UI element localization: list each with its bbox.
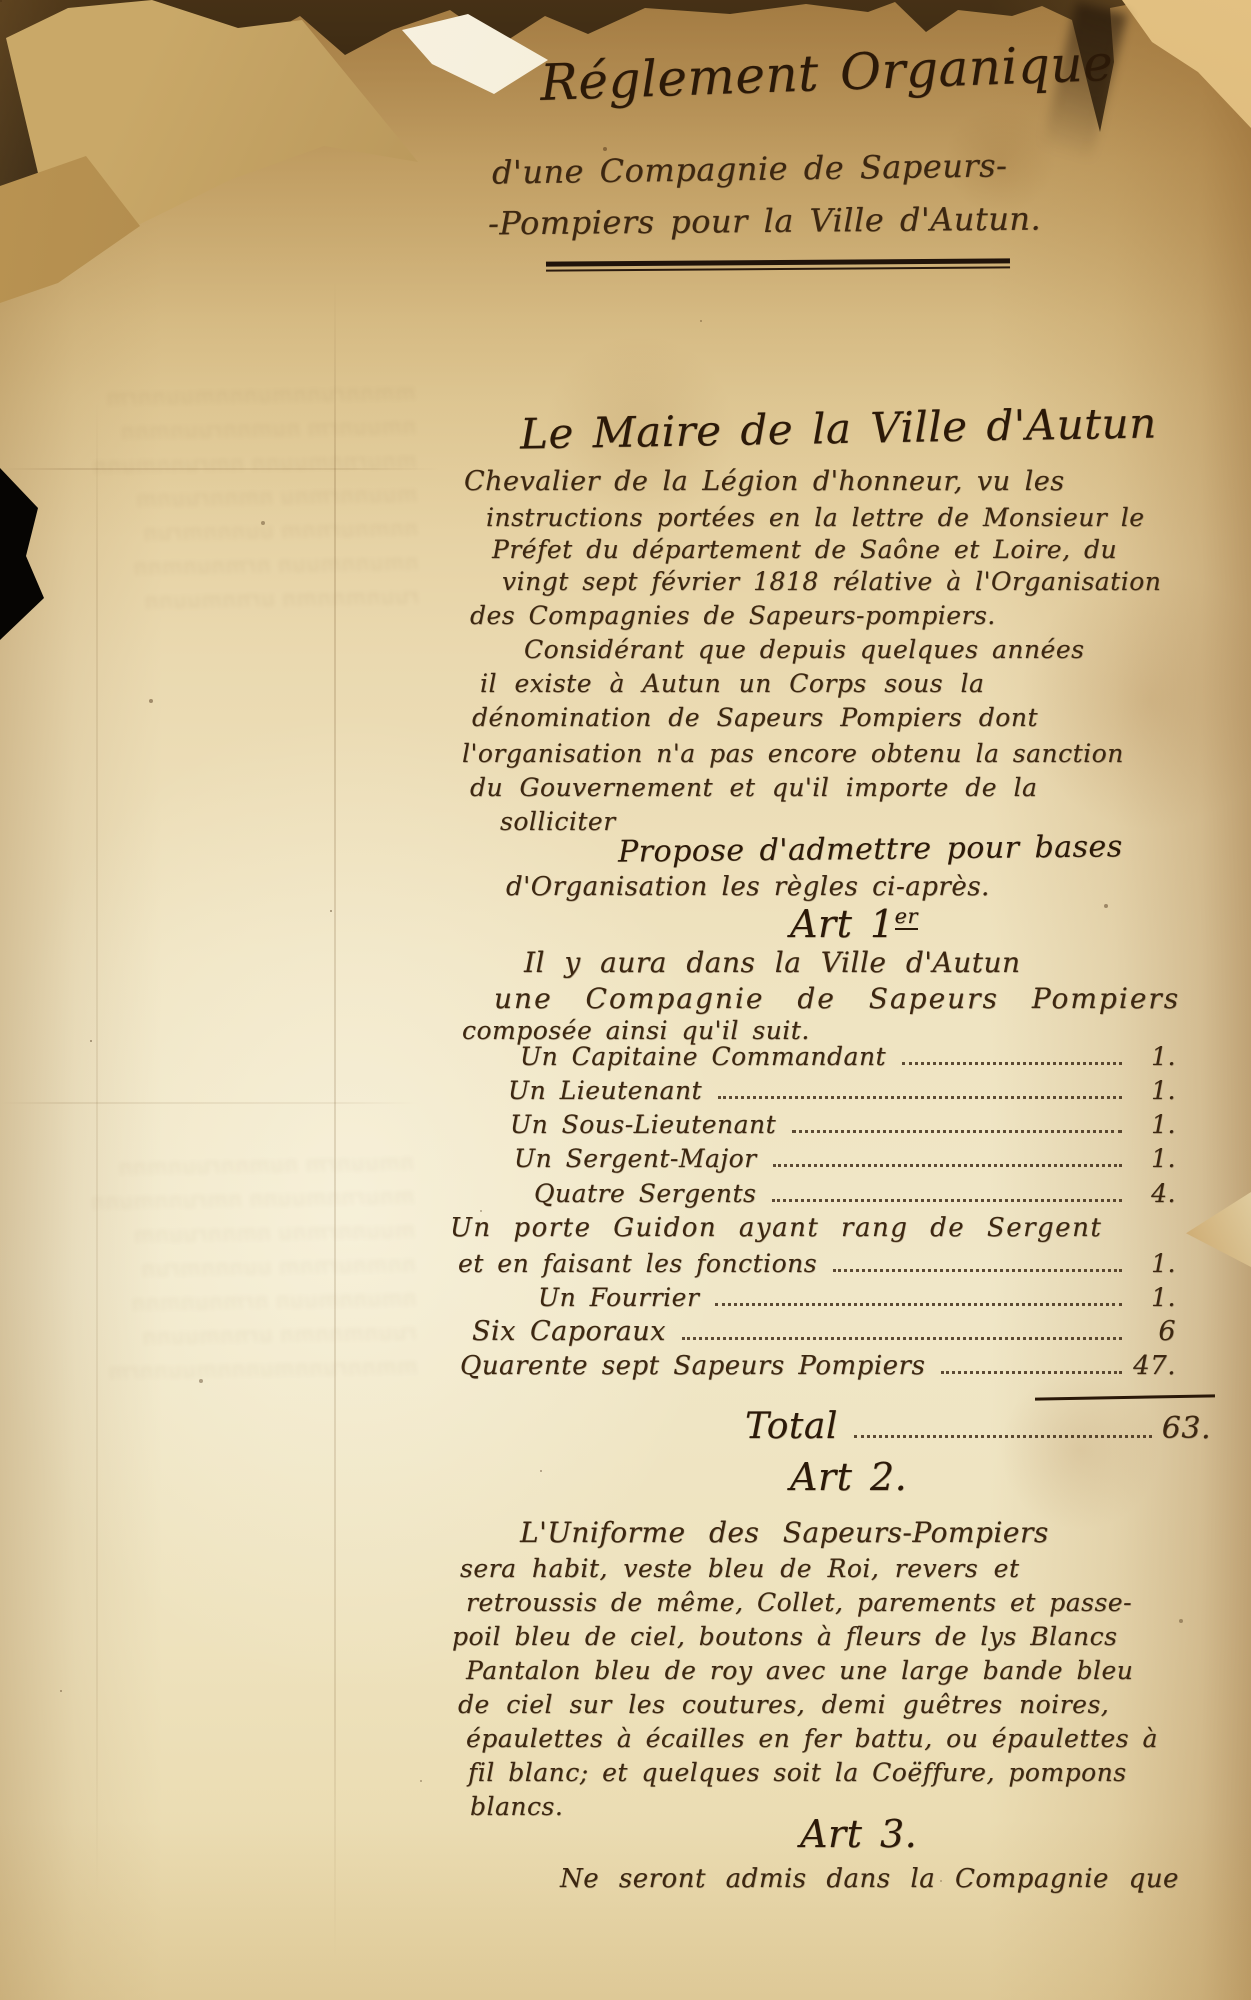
article1-heading-base: Art 1 [790,902,895,946]
roster-value: 1. [1132,1042,1176,1071]
title-line-2: d'une Compagnie de Sapeurs- [492,146,1008,191]
roster-label: Un porte Guidon ayant rang de Sergent [450,1213,1102,1243]
roster-value: 4. [1132,1179,1176,1208]
dotted-leader [854,1434,1152,1438]
article1-heading-sup: er [895,904,918,930]
dotted-leader [902,1061,1122,1065]
preamble-line: du Gouvernement et qu'il importe de la [470,773,1037,802]
roster-row: Un Sous-Lieutenant 1. [450,1110,1176,1140]
article1-heading: Art 1er [790,902,918,946]
article3-line: Ne seront admis dans la Compagnie que [560,1864,1179,1894]
roster-label: Un Capitaine Commandant [520,1042,886,1071]
roster-row: Quarente sept Sapeurs Pompiers 47. [450,1351,1176,1381]
dotted-leader [682,1336,1122,1340]
preamble-line: solliciter [500,807,616,836]
article2-line: fil blanc; et quelques soit la Coëffure,… [468,1758,1127,1787]
roster-label: et en faisant les fonctions [458,1249,817,1278]
roster-row: Un Fourrier 1. [450,1283,1176,1313]
article1-intro-line: composée ainsi qu'il suit. [462,1016,810,1045]
article2-line: poil bleu de ciel, boutons à fleurs de l… [452,1622,1117,1651]
dotted-leader [772,1198,1122,1202]
preamble-line: Préfet du département de Saône et Loire,… [492,535,1117,564]
preamble-line: l'organisation n'a pas encore obtenu la … [462,739,1124,768]
roster-label: Un Sous-Lieutenant [510,1110,776,1139]
roster-label: Quatre Sergents [534,1179,756,1208]
roster-label: Un Lieutenant [508,1076,702,1105]
preamble-line: des Compagnies de Sapeurs-pompiers. [470,601,996,630]
total-value: 63. [1162,1411,1211,1446]
roster-value: 1. [1132,1249,1176,1278]
dotted-leader [792,1129,1122,1133]
dotted-leader [773,1163,1122,1167]
article2-line: L'Uniforme des Sapeurs-Pompiers [520,1516,1049,1549]
roster-value: 1. [1132,1110,1176,1139]
dotted-leader [715,1302,1122,1306]
verso-bleedthrough: mmnnrunnmunnnmuunnrm nmuunrm numnnruunmn… [15,377,424,904]
propose-line: d'Organisation les règles ci-après. [506,872,990,902]
dotted-leader [718,1095,1122,1099]
preamble-line: Considérant que depuis quelques années [524,635,1084,664]
article2-line: Pantalon bleu de roy avec une large band… [466,1656,1133,1685]
dotted-leader [833,1268,1122,1272]
roster-value: 1. [1132,1283,1176,1312]
article3-heading: Art 3. [800,1812,917,1856]
article2-line: sera habit, veste bleu de Roi, revers et [460,1554,1020,1583]
article2-line: de ciel sur les coutures, demi guêtres n… [458,1690,1109,1719]
preamble-line: Chevalier de la Légion d'honneur, vu les [464,466,1065,497]
preamble-line: vingt sept février 1818 rélative à l'Org… [502,567,1161,596]
paper-specks [0,0,2,2]
roster-value: 6 [1132,1316,1176,1347]
roster-label: Six Caporaux [472,1316,666,1347]
roster-value: 47. [1132,1351,1176,1381]
title-line-3: -Pompiers pour la Ville d'Autun. [488,200,1041,243]
roster-label: Quarente sept Sapeurs Pompiers [460,1351,925,1381]
roster-row: Quatre Sergents 4. [450,1179,1176,1209]
propose-line: Propose d'admettre pour bases [618,829,1123,869]
manuscript-photo: mmnnrunnmunnnmuunnrm nmuunrm numnnruunmn… [0,0,1251,2000]
total-label: Total [745,1406,838,1447]
roster-label: Un Fourrier [538,1283,699,1312]
article2-line: épaulettes à écailles en fer battu, ou é… [466,1724,1158,1753]
total-row: Total 63. [745,1406,1211,1447]
roster-row: Six Caporaux 6 [450,1316,1176,1347]
dotted-leader [941,1370,1122,1374]
preamble-line: instructions portées en la lettre de Mon… [486,503,1145,532]
preamble-line: il existe à Autun un Corps sous la [480,669,984,698]
roster-row: et en faisant les fonctions 1. [450,1249,1176,1279]
roster-row: Un Sergent-Major 1. [450,1144,1176,1174]
roster-row: Un porte Guidon ayant rang de Sergent [450,1213,1176,1243]
horizontal-crease [0,1102,420,1104]
verso-bleedthrough: nmuunrm numnnruunmnn mnurnnmuunn nmrunnm… [4,1146,426,1853]
roster-value: 1. [1132,1144,1176,1173]
roster-row: Un Lieutenant 1. [450,1076,1176,1106]
article1-intro-line: Il y aura dans la Ville d'Autun [524,946,1021,979]
roster-label: Un Sergent-Major [514,1144,757,1173]
article2-line: blancs. [470,1792,563,1821]
article2-heading: Art 2. [790,1455,907,1499]
article1-intro-line: une Compagnie de Sapeurs Pompiers [494,982,1180,1015]
preamble-line: dénomination de Sapeurs Pompiers dont [472,703,1038,732]
article2-line: retroussis de même, Collet, parements et… [466,1588,1132,1617]
roster-value: 1. [1132,1076,1176,1105]
roster-row: Un Capitaine Commandant 1. [450,1042,1176,1072]
